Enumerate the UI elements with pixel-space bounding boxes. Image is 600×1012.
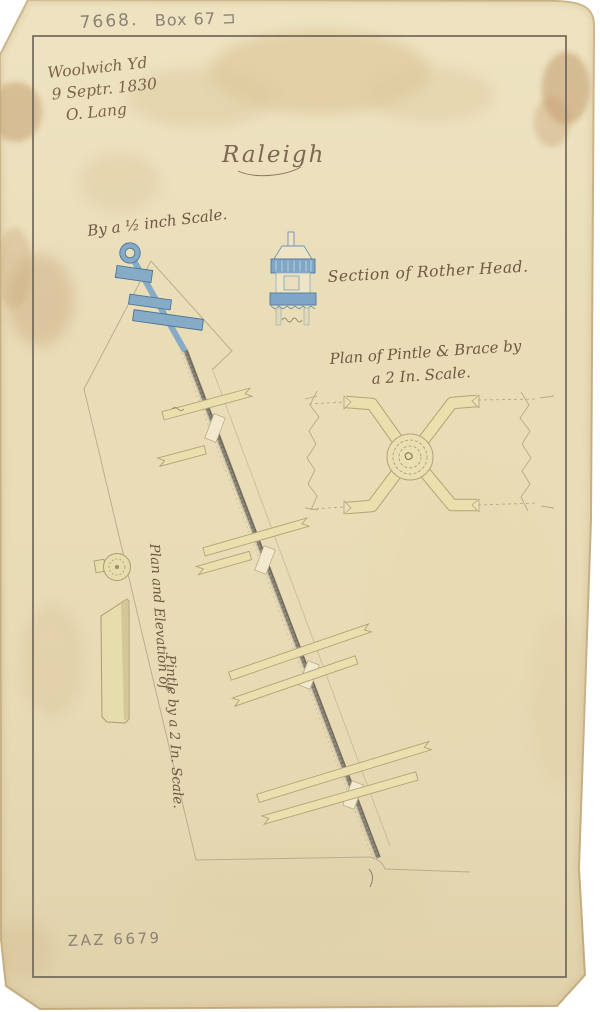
- stain: [80, 152, 160, 212]
- stain: [22, 604, 82, 716]
- section-pin: [288, 232, 294, 247]
- stain: [370, 67, 494, 123]
- section-leg-right: [304, 308, 309, 325]
- scanned-plan-sheet: Woolwich Yd 9 Septr. 1830 O. Lang Raleig…: [0, 0, 600, 1012]
- section-hoop-upper: [271, 259, 315, 273]
- ship-name-title: Raleigh: [221, 142, 325, 168]
- catalog-stamp: ZAZ 6679: [68, 929, 162, 950]
- drawing-sheet: Woolwich Yd 9 Septr. 1830 O. Lang Raleig…: [0, 0, 600, 1012]
- pintle-plan-center: [115, 565, 119, 569]
- brace-boss: [387, 434, 433, 480]
- stain: [534, 97, 570, 147]
- section-hoop-lower: [270, 293, 316, 305]
- pencil-number: 7668.: [79, 10, 139, 33]
- section-leg-left: [276, 308, 281, 325]
- pencil-box-label: Box 67 ⊐: [154, 8, 236, 30]
- section-mortise: [284, 276, 299, 290]
